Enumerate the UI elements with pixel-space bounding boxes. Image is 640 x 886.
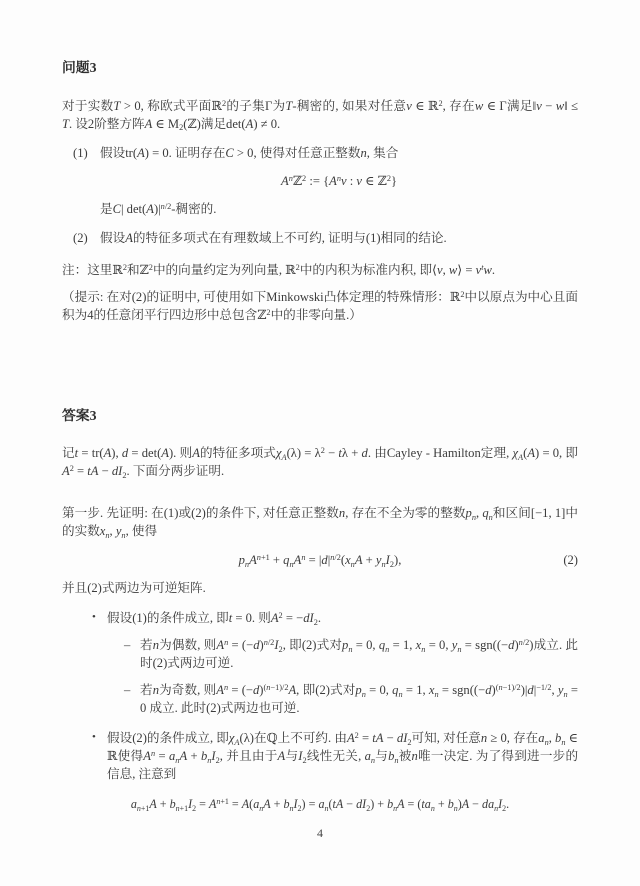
item-1-text: 假设tr(A) = 0. 证明存在C > 0, 使得对任意正整数n, 集合 bbox=[100, 144, 578, 162]
dash-icon: – bbox=[124, 681, 140, 717]
item-1-after-text: 是C| det(A)|n/2-稠密的. bbox=[100, 200, 578, 218]
subcase-even-n-text: 若n为偶数, 则An = (−d)n/2I2, 即(2)式对pn = 0, qn… bbox=[140, 636, 578, 672]
item-2-text: 假设A的特征多项式在有理数域上不可约, 证明与(1)相同的结论. bbox=[100, 229, 578, 247]
problem-note: 注：这里ℝ2和ℤ2中的向量约定为列向量, ℝ2中的内积为标准内积, 即⟨v, w… bbox=[62, 261, 578, 279]
subcase-odd-n: – 若n为奇数, 则An = (−d)(n−1)/2A, 即(2)式对pn = … bbox=[124, 681, 578, 717]
bullet-case-2-text: 假设(2)的条件成立, 即χA(λ)在ℚ上不可约. 由A2 = tA − dI2… bbox=[107, 729, 578, 783]
page-number: 4 bbox=[0, 825, 640, 842]
answer-step1: 第一步. 先证明: 在(1)或(2)的条件下, 对任意正整数n, 存在不全为零的… bbox=[62, 504, 578, 540]
problem-item-2: (2) 假设A的特征多项式在有理数域上不可约, 证明与(1)相同的结论. bbox=[62, 229, 578, 247]
problem-hint: （提示: 在对(2)的证明中, 可使用如下Minkowski凸体定理的特殊情形：… bbox=[62, 288, 578, 324]
subcase-odd-n-text: 若n为奇数, 则An = (−d)(n−1)/2A, 即(2)式对pn = 0,… bbox=[140, 681, 578, 717]
item-1-label: (1) bbox=[73, 144, 100, 218]
dash-icon: – bbox=[124, 636, 140, 672]
bullet-case-2-body: 假设(2)的条件成立, 即χA(λ)在ℚ上不可约. 由A2 = tA − dI2… bbox=[107, 729, 578, 813]
problem-item-1: (1) 假设tr(A) = 0. 证明存在C > 0, 使得对任意正整数n, 集… bbox=[62, 144, 578, 218]
item-2-label: (2) bbox=[73, 229, 100, 247]
item-2-body: 假设A的特征多项式在有理数域上不可约, 证明与(1)相同的结论. bbox=[100, 229, 578, 247]
equation-2: pnAn+1 + qnAn = |d|n/2(xnA + ynI2), bbox=[239, 553, 402, 567]
document-page: 问题3 对于实数T > 0, 称欧式平面ℝ2的子集Γ为T-稠密的, 如果对任意v… bbox=[0, 0, 640, 886]
bullet-case-1-body: 假设(1)的条件成立, 即t = 0. 则A2 = −dI2. – 若n为偶数,… bbox=[107, 609, 578, 717]
equation-2-row: pnAn+1 + qnAn = |d|n/2(xnA + ynI2), (2) bbox=[62, 551, 578, 569]
answer-setup: 记t = tr(A), d = det(A). 则A的特征多项式χA(λ) = … bbox=[62, 444, 578, 480]
bullet-case-1-text: 假设(1)的条件成立, 即t = 0. 则A2 = −dI2. bbox=[107, 609, 578, 627]
subcase-even-n: – 若n为偶数, 则An = (−d)n/2I2, 即(2)式对pn = 0, … bbox=[124, 636, 578, 672]
item-1-body: 假设tr(A) = 0. 证明存在C > 0, 使得对任意正整数n, 集合 An… bbox=[100, 144, 578, 218]
recurrence-equation: an+1A + bn+1I2 = An+1 = A(anA + bnI2) = … bbox=[62, 796, 578, 813]
answer-after-eq2: 并且(2)式两边为可逆矩阵. bbox=[62, 579, 578, 597]
problem-intro: 对于实数T > 0, 称欧式平面ℝ2的子集Γ为T-稠密的, 如果对任意v ∈ ℝ… bbox=[62, 97, 578, 133]
bullet-case-2: • 假设(2)的条件成立, 即χA(λ)在ℚ上不可约. 由A2 = tA − d… bbox=[92, 729, 578, 813]
problem-title: 问题3 bbox=[62, 58, 578, 78]
equation-2-tag: (2) bbox=[563, 551, 578, 569]
bullet-icon: • bbox=[92, 609, 107, 717]
answer-title: 答案3 bbox=[62, 406, 578, 426]
item-1-display-equation: Anℤ2 := {Anv : v ∈ ℤ2} bbox=[100, 172, 578, 190]
answer-bullet-list: • 假设(1)的条件成立, 即t = 0. 则A2 = −dI2. – 若n为偶… bbox=[92, 609, 578, 813]
bullet-case-1: • 假设(1)的条件成立, 即t = 0. 则A2 = −dI2. – 若n为偶… bbox=[92, 609, 578, 717]
